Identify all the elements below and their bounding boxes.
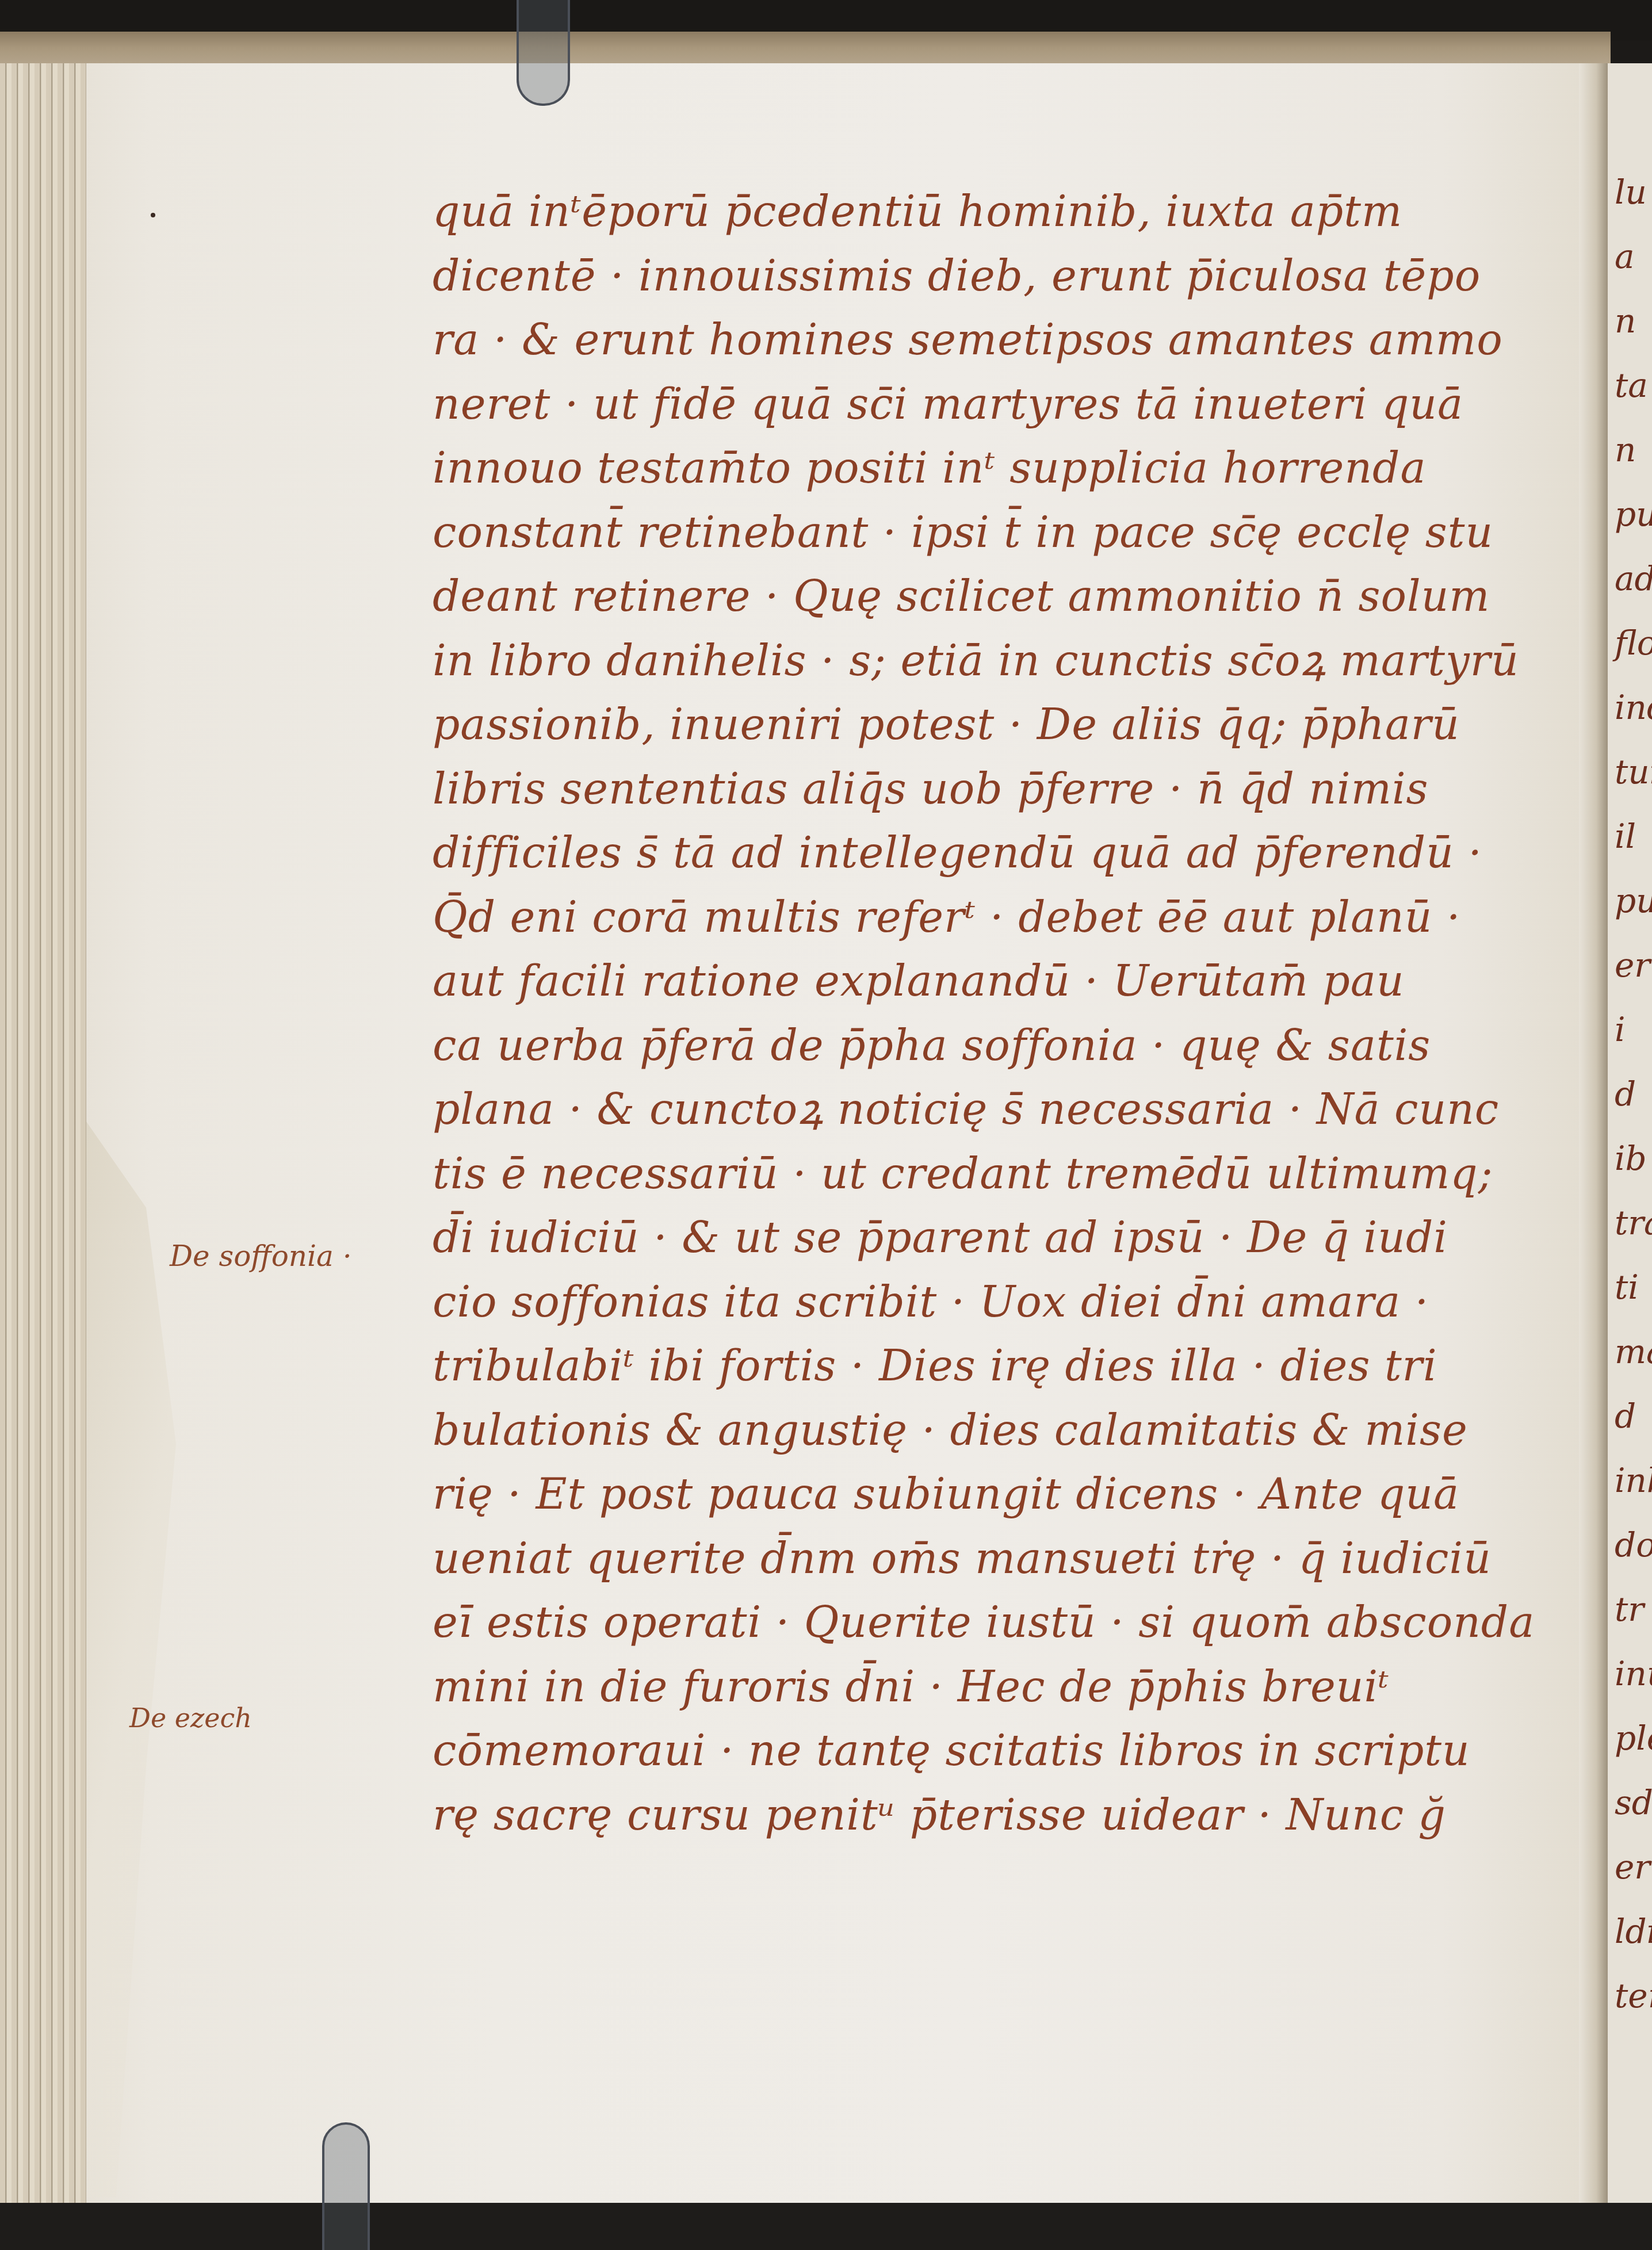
facing-page-fragment: er xyxy=(1615,946,1650,985)
facing-page-fragment: inde xyxy=(1615,688,1652,727)
facing-page-fragment: ter xyxy=(1615,1976,1652,2015)
text-line: difficiles s̄ tā ad intellegendū quā ad … xyxy=(433,824,1514,889)
ink-speck xyxy=(151,213,155,217)
text-line: neret · ut fidē quā sc̄i martyres tā inu… xyxy=(433,376,1514,440)
text-line: ra · & erunt homines semetipsos amantes … xyxy=(433,311,1514,376)
text-line: rię · Et post pauca subiungit dicens · A… xyxy=(433,1465,1514,1530)
text-line: constant̄ retinebant · ipsi t̄ in pace s… xyxy=(433,504,1514,568)
facing-page-edge: luantanpuadfloindetui ililpueridibtratim… xyxy=(1608,63,1652,2206)
text-line: ca uerba p̄ferā de p̄pha soffonia · quę … xyxy=(433,1017,1514,1081)
facing-page-fragment: lu xyxy=(1615,173,1647,212)
facing-page-fragment: inbo xyxy=(1615,1461,1652,1500)
text-line: cio soffonias ita scribit · Uox diei d̄n… xyxy=(433,1273,1514,1338)
main-text-block: quā inᵗēporū p̄cedentiū hominib, iuxta a… xyxy=(433,183,1514,1850)
facing-page-fragment: d xyxy=(1615,1396,1636,1436)
text-line: eī estis operati · Querite iustū · si qu… xyxy=(433,1594,1514,1658)
facing-page-fragment: pu xyxy=(1615,495,1652,534)
facing-page-fragment: ib xyxy=(1615,1139,1647,1178)
text-line: cōmemoraui · ne tantę scitatis libros in… xyxy=(433,1722,1514,1786)
dark-background-bottom xyxy=(0,2203,1652,2250)
facing-page-fragment: ta xyxy=(1615,366,1648,405)
text-line: tribulabiᵗ ibi fortis · Dies irę dies il… xyxy=(433,1337,1514,1402)
text-line: bulationis & angustię · dies calamitatis… xyxy=(433,1402,1514,1466)
text-line: innouo testam̄to positi inᵗ supplicia ho… xyxy=(433,439,1514,504)
facing-page-fragment: n xyxy=(1615,301,1636,340)
facing-page-fragment: flo xyxy=(1615,623,1652,663)
text-line: Q̄d eni corā multis referᵗ · debet ēē au… xyxy=(433,889,1514,953)
margin-note-soffonia: De soffonia · xyxy=(170,1239,352,1273)
facing-page-fragment: inui xyxy=(1615,1654,1652,1693)
facing-page-fragment: tra xyxy=(1615,1203,1652,1242)
text-line: ueniat querite d̄nm om̄s mansueti tṙę · … xyxy=(433,1530,1514,1594)
facing-page-fragment: i xyxy=(1615,1010,1626,1049)
facing-page-fragment: er xyxy=(1615,1847,1650,1887)
book-clip-top-icon xyxy=(517,0,570,106)
text-line: plana · & cunctoꝝ noticię s̄ necessaria … xyxy=(433,1081,1514,1145)
text-line: deant retinere · Quę scilicet ammonitio … xyxy=(433,568,1514,632)
text-line: d̄i iudiciū · & ut se p̄parent ad ipsū ·… xyxy=(433,1209,1514,1273)
facing-page-fragment: ad xyxy=(1615,559,1652,598)
text-line: dicentē · innouissimis dieb, erunt p̄icu… xyxy=(433,247,1514,312)
facing-page-fragment: n xyxy=(1615,430,1636,469)
book-clip-bottom-icon xyxy=(322,2122,370,2250)
facing-page-fragment: ldi xyxy=(1615,1912,1652,1951)
text-line: passionib, inueniri potest · De aliis q̄… xyxy=(433,696,1514,760)
facing-page-fragment: ti xyxy=(1615,1268,1639,1307)
binding-gutter xyxy=(1579,63,1608,2206)
text-line: rę sacrę cursu penitᵘ p̄terisse uidear ·… xyxy=(433,1786,1514,1851)
facing-page-fragment: a xyxy=(1615,237,1635,276)
facing-page-fragment: tr xyxy=(1615,1590,1644,1629)
facing-page-fragment: d xyxy=(1615,1074,1636,1113)
facing-page-fragment: tui il xyxy=(1615,752,1652,791)
facing-page-fragment: ma xyxy=(1615,1332,1652,1371)
facing-page-fragment: do xyxy=(1615,1525,1652,1564)
facing-page-fragment: sdi xyxy=(1615,1783,1652,1822)
page-stack-edges xyxy=(0,63,86,2203)
facing-page-fragment: ple xyxy=(1615,1719,1652,1758)
margin-note-ezech: De ezech xyxy=(129,1702,252,1734)
text-line: in libro danihelis · s; etiā in cunctis … xyxy=(433,632,1514,697)
facing-page-fragment: il xyxy=(1615,817,1636,856)
text-line: aut facili ratione explanandū · Uerūtam̄… xyxy=(433,952,1514,1017)
text-line: quā inᵗēporū p̄cedentiū hominib, iuxta a… xyxy=(433,183,1514,247)
text-line: libris sententias aliq̄s uob p̄ferre · n… xyxy=(433,760,1514,825)
text-line: tis ē necessariū · ut credant tremēdū ul… xyxy=(433,1145,1514,1210)
facing-page-fragment: pu xyxy=(1615,881,1652,920)
text-line: mini in die furoris d̄ni · Hec de p̄phis… xyxy=(433,1658,1514,1723)
